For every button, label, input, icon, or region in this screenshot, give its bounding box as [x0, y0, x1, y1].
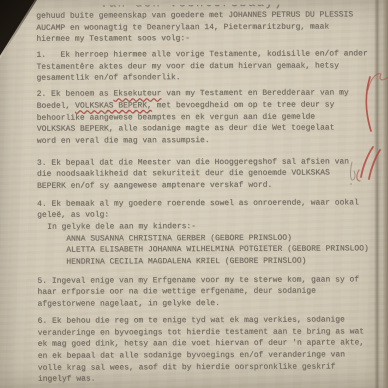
text-segment: met bevoegdheid om op te tree deur sy — [152, 100, 334, 110]
text-segment: veranderinge en byvoegings tot hierdie t… — [38, 327, 364, 337]
paragraph-clause-3: 3. Ek bepaal dat die Meester van die Hoo… — [37, 156, 375, 193]
paragraph-clause-1: 1. Ek herroep hiermee alle vorige Testam… — [36, 48, 374, 85]
red-underlined-text: Eksekuteur — [113, 89, 161, 98]
typewritten-line: afgestorwene nagelaat, in gelyke dele. — [37, 297, 375, 310]
text-segment: Boedel, — [37, 101, 75, 110]
typewritten-line: HENDRINA CECILIA MAGDALENA KRIEL (GEBORE… — [37, 255, 375, 268]
text-segment: en ek bepaal dat alle sodanige byvoeging… — [38, 350, 345, 360]
text-segment: gesamentlik en/of afsonderlik. — [36, 74, 180, 84]
text-segment: AUCAMP en woonagtig te Deanerylaan 14, P… — [36, 22, 329, 32]
text-segment: 5. Ingeval enige van my Erfgename voor m… — [37, 275, 359, 285]
paragraph-clause-4: 4. Ek bemaak al my goedere roerende sowe… — [37, 197, 375, 269]
page-right-edge — [383, 0, 388, 388]
text-segment: Testamentêre aktes deur my voor die datu… — [36, 61, 338, 71]
text-segment: 1. Ek herroep hiermee alle vorige Testam… — [36, 49, 367, 59]
text-segment: die noodsaaklikheid dat sekuriteit deur … — [37, 169, 330, 179]
text-segment: 2. Ek benoem as — [37, 90, 114, 99]
text-segment: geleë, as volg: — [37, 211, 109, 220]
scanned-page: van den Vechtersbaay) gehuud buite gemee… — [0, 0, 388, 388]
typewritten-text: van den Vechtersbaay) gehuud buite gemee… — [36, 4, 376, 385]
text-segment: 6. Ek behou die reg om te enige tyd wat … — [38, 315, 345, 325]
typewritten-line: BEPERK en/of sy aangewese amptenare vers… — [37, 179, 375, 192]
text-segment: gehuud buite gemeenskap van goedere met … — [36, 10, 353, 20]
paragraph-clause-2: 2. Ek benoem as Eksekuteur van my Testam… — [37, 87, 375, 147]
text-segment: ingelyf was. — [38, 375, 96, 384]
typewritten-line: gesamentlik en/of afsonderlik. — [36, 72, 374, 85]
typewritten-line: ingelyf was. — [38, 373, 376, 386]
text-segment: ALETTA ELISABETH JOHANNA WILHELMINA POTG… — [66, 245, 368, 255]
text-segment: ek mag goed dink, hetsy aan die voet hie… — [38, 338, 364, 348]
text-segment: haar erfporsie oor na die wettige erfgen… — [37, 287, 315, 297]
text-segment: ANNA SUSANNA CHRISTINA GERBER (GEBORE PR… — [66, 233, 292, 243]
text-segment: word en veral die mag van assumpsie. — [37, 136, 210, 146]
text-segment: 4. Ek bemaak al my goedere roerende sowe… — [37, 198, 359, 208]
text-segment: van my Testament en Beredderaar van my — [161, 89, 348, 99]
red-underlined-text: VOLKSKAS BEPERK, — [75, 101, 152, 110]
text-segment: 3. Ek bepaal dat die Meester van die Hoo… — [37, 157, 349, 167]
text-segment: BEPERK en/of sy aangewese amptenare vers… — [37, 181, 272, 191]
paragraph-clause-6: 6. Ek behou die reg om te enige tyd wat … — [38, 314, 376, 386]
text-segment: volle krag sal wees, asof dit by hierdie… — [38, 362, 336, 372]
text-segment: HENDRINA CECILIA MAGDALENA KRIEL (GEBORE… — [66, 257, 306, 267]
paragraph-intro: gehuud buite gemeenskap van goedere met … — [36, 9, 374, 46]
text-segment: VOLKSKAS BEPERK, alle sodanige magte as … — [37, 124, 335, 134]
paragraph-clause-5: 5. Ingeval enige van my Erfgename voor m… — [37, 274, 375, 311]
text-segment: In gelyke dele aan my kinders:- — [47, 222, 196, 232]
text-segment: behoorlike aangewese beamptes en ek verg… — [37, 112, 315, 122]
text-segment: hiermee my Testament soos volg:- — [36, 34, 190, 44]
typewritten-line: hiermee my Testament soos volg:- — [36, 33, 374, 46]
text-segment: afgestorwene nagelaat, in gelyke dele. — [37, 299, 219, 309]
typewritten-line: word en veral die mag van assumpsie. — [37, 134, 375, 147]
